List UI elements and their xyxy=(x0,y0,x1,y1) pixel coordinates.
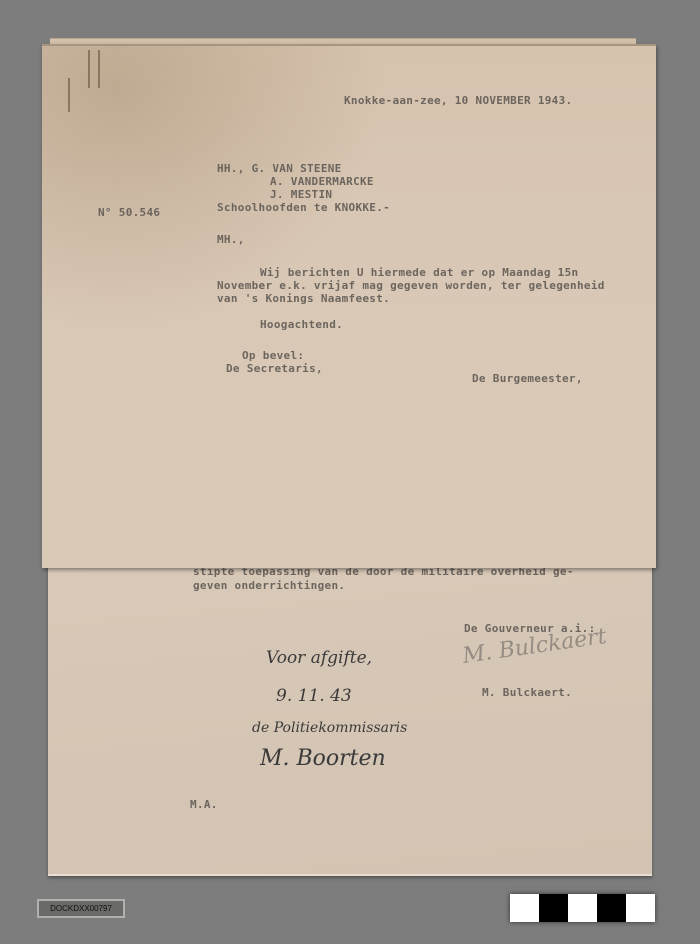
closing: Hoogachtend. xyxy=(260,318,343,331)
color-scale-bar xyxy=(510,894,655,922)
place-date: Knokke-aan-zee, 10 NOVEMBER 1943. xyxy=(344,94,572,107)
bottom-body-line-2: geven onderrichtingen. xyxy=(193,579,345,592)
handwritten-line-1: Voor afgifte, xyxy=(266,648,372,668)
body-line-2: November e.k. vrijaf mag gegeven worden,… xyxy=(217,279,605,292)
staple-mark xyxy=(88,50,90,88)
salutation: MH., xyxy=(217,233,245,246)
scale-segment xyxy=(626,894,655,922)
scale-segment xyxy=(568,894,597,922)
handwritten-date: 9. 11. 43 xyxy=(276,686,352,706)
order-label: Op bevel: xyxy=(242,349,304,362)
body-line-3: van 's Konings Naamfeest. xyxy=(217,292,390,305)
scale-segment xyxy=(539,894,568,922)
top-letter-sheet: Knokke-aan-zee, 10 NOVEMBER 1943. HH., G… xyxy=(42,44,656,568)
secretary-title: De Secretaris, xyxy=(226,362,323,375)
addressee-2: A. VANDERMARCKE xyxy=(270,175,374,188)
bottom-letter-sheet: stipte toepassing van de door de militai… xyxy=(48,552,652,876)
addressee-location: Schoolhoofden te KNOKKE.- xyxy=(217,201,390,214)
body-line-1: Wij berichten U hiermede dat er op Maand… xyxy=(260,266,578,279)
staple-mark xyxy=(68,78,70,112)
handwritten-title: de Politiekommissaris xyxy=(252,720,407,736)
scale-segment xyxy=(510,894,539,922)
scale-segment xyxy=(597,894,626,922)
handwritten-signature: M. Boorten xyxy=(260,746,386,771)
addressee-1: HH., G. VAN STEENE xyxy=(217,162,342,175)
governor-name: M. Bulckaert. xyxy=(482,686,572,699)
staple-mark xyxy=(98,50,100,88)
mayor-title: De Burgemeester, xyxy=(472,372,583,385)
reference-number: N° 50.546 xyxy=(98,206,160,219)
archive-id-label: DOCKDXX00797 xyxy=(37,899,125,918)
addressee-3: J. MESTIN xyxy=(270,188,332,201)
initials: M.A. xyxy=(190,798,218,811)
